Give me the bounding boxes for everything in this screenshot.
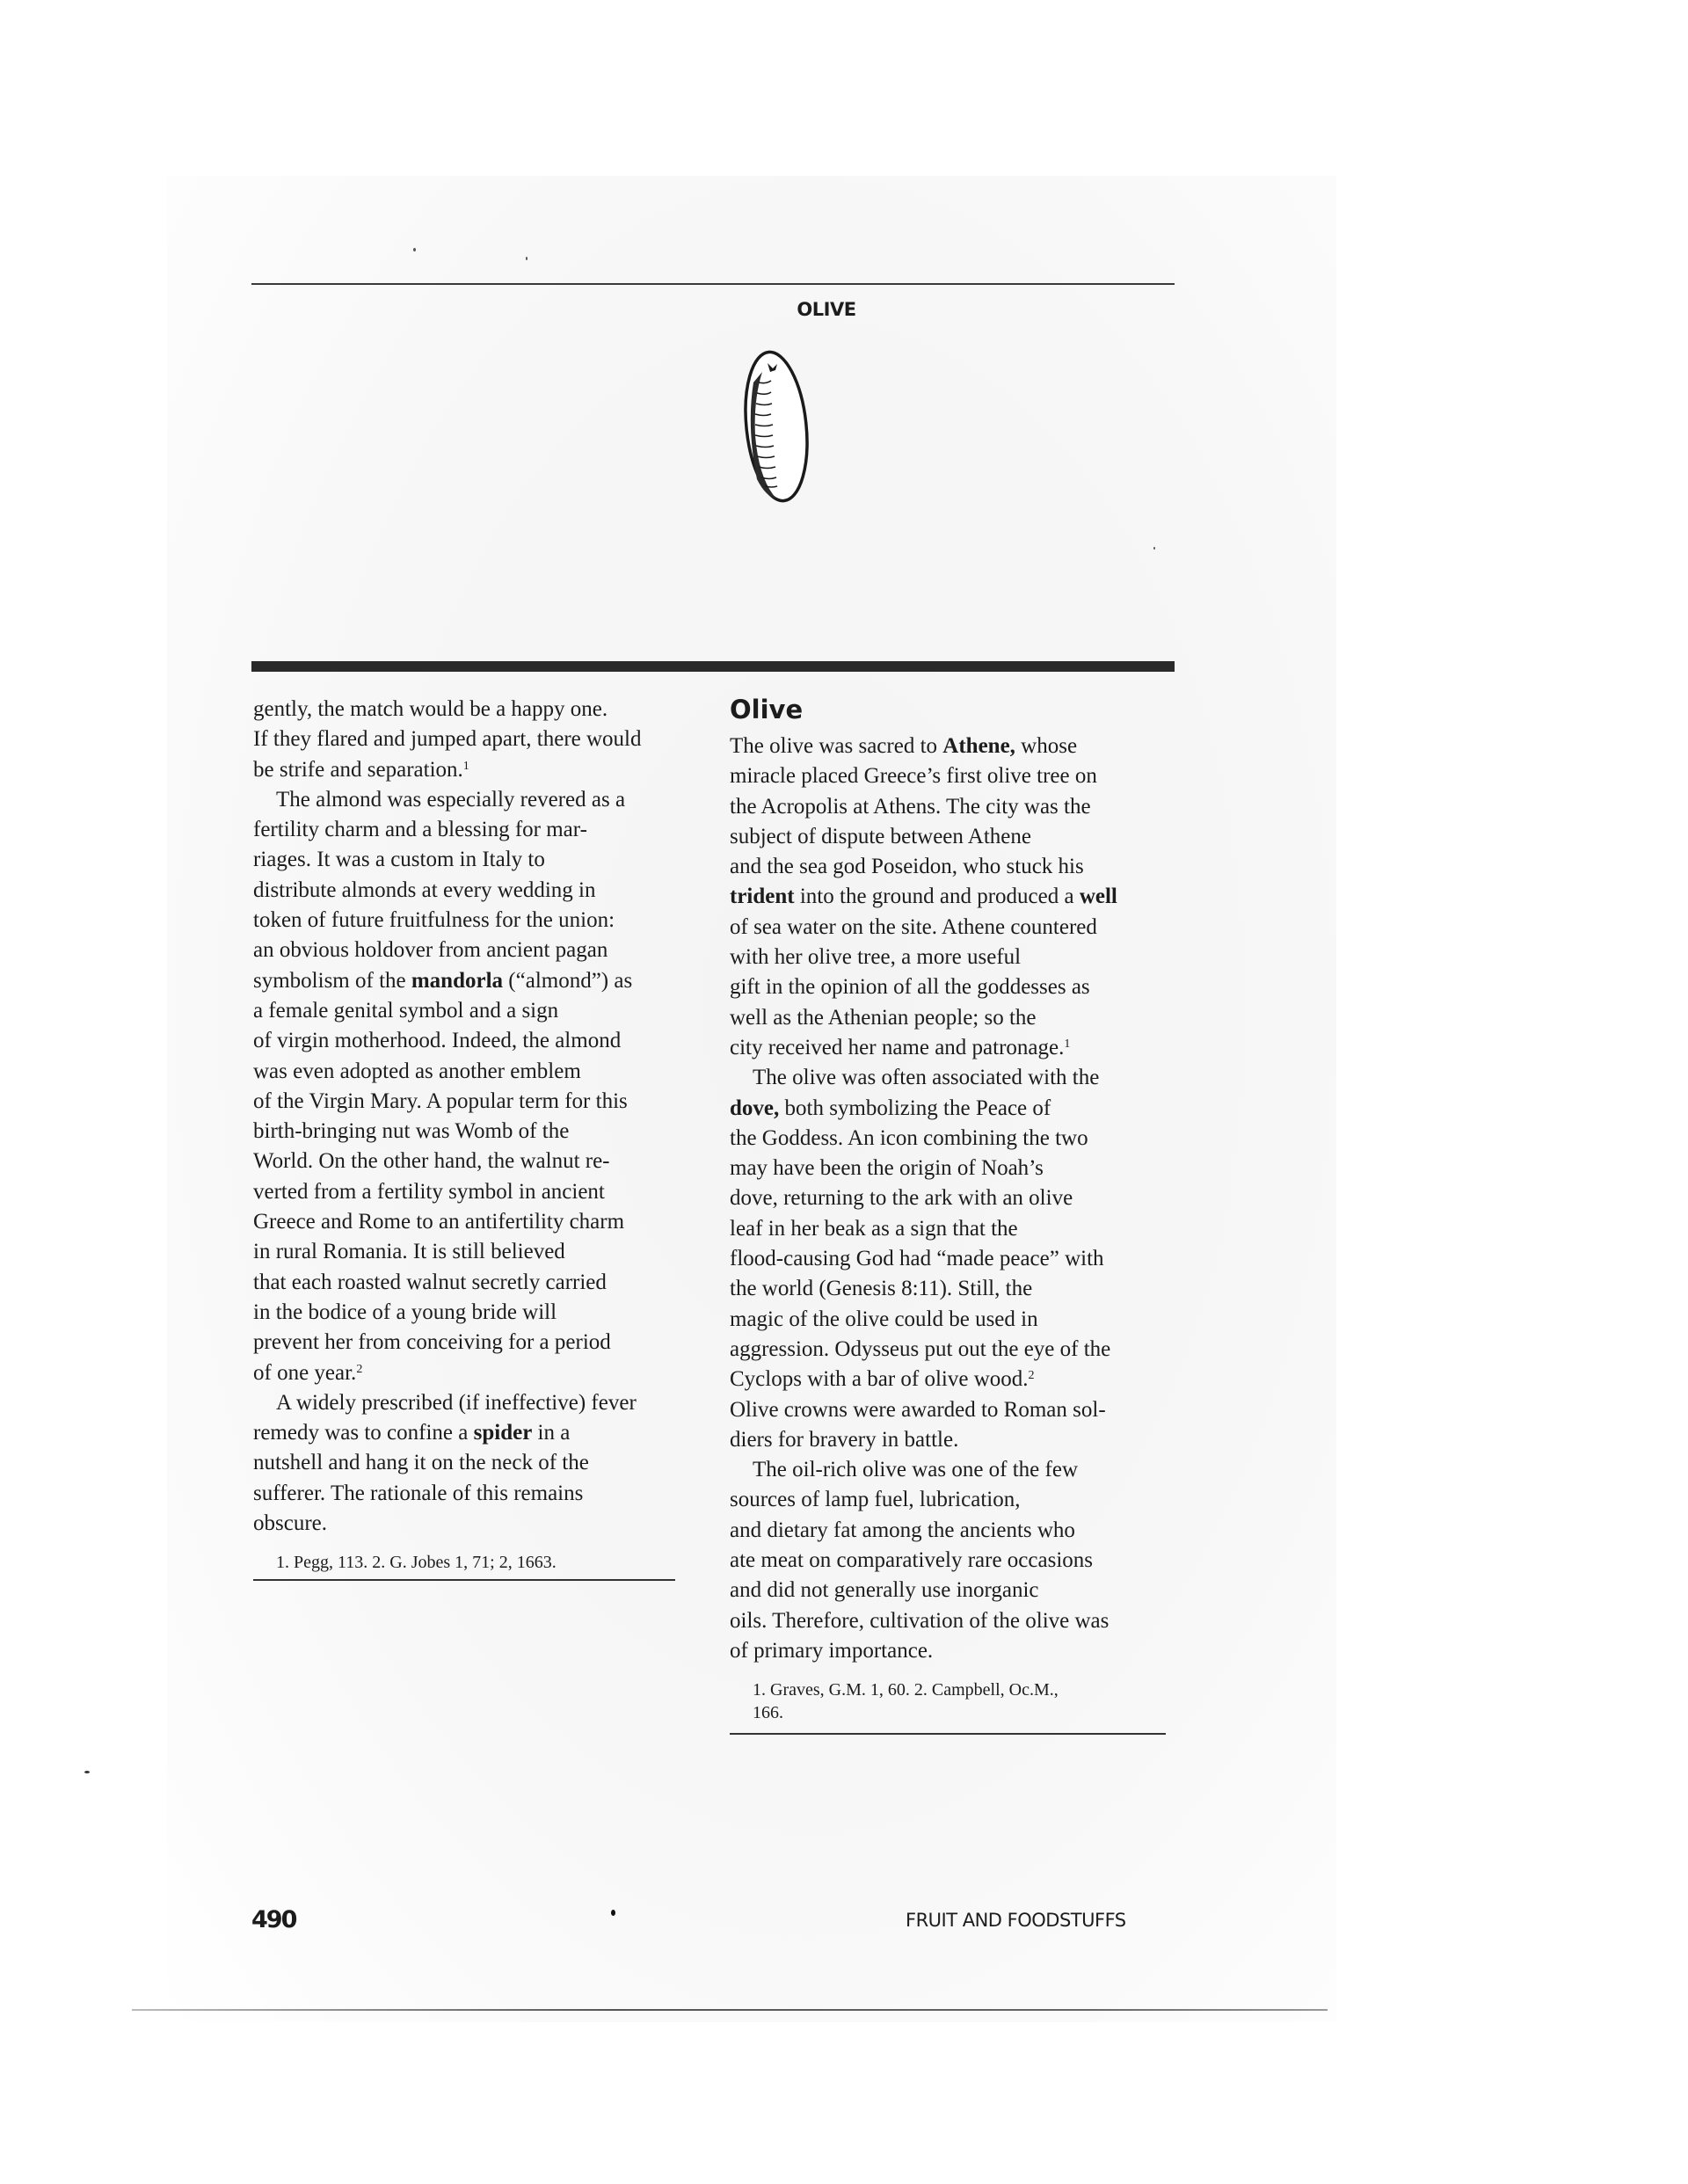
text-line: flood-causing God had “made peace” with <box>730 1244 1178 1274</box>
text-line: an obvious holdover from ancient pagan <box>253 935 710 965</box>
cross-reference: well <box>1080 885 1117 908</box>
text-line: aggression. Odysseus put out the eye of … <box>730 1335 1178 1365</box>
text-line: and dietary fat among the ancients who <box>730 1516 1178 1546</box>
text-line: birth-bringing nut was Womb of the <box>253 1117 710 1147</box>
text-line: of the Virgin Mary. A popular term for t… <box>253 1087 710 1117</box>
text-line: prevent her from conceiving for a period <box>253 1328 710 1358</box>
text-line: well as the Athenian people; so the <box>730 1003 1178 1033</box>
text-line: The oil-rich olive was one of the few <box>730 1455 1178 1485</box>
text-line: in rural Romania. It is still believed <box>253 1237 710 1267</box>
text-line: magic of the olive could be used in <box>730 1305 1178 1335</box>
text-line: The almond was especially revered as a <box>253 785 710 815</box>
text-line: Greece and Rome to an antifertility char… <box>253 1207 710 1237</box>
footnotes-rule <box>253 1579 675 1581</box>
footnotes: 1. Pegg, 113. 2. G. Jobes 1, 71; 2, 1663… <box>253 1551 710 1574</box>
text-line: diers for bravery in battle. <box>730 1425 1178 1455</box>
cross-reference: mandorla <box>411 969 503 993</box>
scan-speck <box>413 248 416 251</box>
text-line: World. On the other hand, the walnut re- <box>253 1147 710 1176</box>
text-line: sources of lamp fuel, lubrication, <box>730 1485 1178 1515</box>
footnote-ref: 2 <box>1029 1369 1035 1382</box>
scan-speck <box>1153 547 1155 550</box>
text-line: riages. It was a custom in Italy to <box>253 845 710 875</box>
text-line: city received her name and patronage.1 <box>730 1033 1178 1063</box>
footnotes: 1. Graves, G.M. 1, 60. 2. Campbell, Oc.M… <box>730 1678 1178 1724</box>
text-line: subject of dispute between Athene <box>730 822 1178 852</box>
text-line: symbolism of the mandorla (“almond”) as <box>253 966 710 996</box>
text-line: in the bodice of a young bride will <box>253 1298 710 1328</box>
text-line: be strife and separation.1 <box>253 755 710 785</box>
text-line: token of future fruitfulness for the uni… <box>253 906 710 935</box>
text-line: gently, the match would be a happy one. <box>253 695 710 724</box>
text-line: fertility charm and a blessing for mar- <box>253 815 710 845</box>
text-line: of primary importance. <box>730 1636 1178 1666</box>
text-line: remedy was to confine a spider in a <box>253 1418 710 1448</box>
left-column: gently, the match would be a happy one. … <box>253 695 710 1581</box>
text-line: nutshell and hang it on the neck of the <box>253 1448 710 1478</box>
text-line: with her olive tree, a more useful <box>730 943 1178 972</box>
scan-speck <box>611 1910 615 1916</box>
text-line: dove, returning to the ark with an olive <box>730 1183 1178 1213</box>
text-line: gift in the opinion of all the goddesses… <box>730 972 1178 1002</box>
cross-reference: dove, <box>730 1096 779 1120</box>
text-line: A widely prescribed (if ineffective) fev… <box>253 1388 710 1418</box>
scan-speck <box>526 257 527 260</box>
text-line: and the sea god Poseidon, who stuck his <box>730 852 1178 882</box>
text-line: of sea water on the site. Athene counter… <box>730 913 1178 943</box>
page-number: 490 <box>251 1906 295 1933</box>
text-line: and did not generally use inorganic <box>730 1576 1178 1605</box>
text-line: The olive was sacred to Athene, whose <box>730 732 1178 761</box>
cross-reference: spider <box>474 1421 533 1445</box>
text-line: ate meat on comparatively rare occasions <box>730 1546 1178 1576</box>
footnote-ref: 2 <box>356 1363 362 1376</box>
footnotes-rule <box>730 1733 1166 1735</box>
cross-reference: Athene, <box>942 734 1015 758</box>
text-line: If they flared and jumped apart, there w… <box>253 724 710 754</box>
footnote-ref: 1 <box>1064 1037 1070 1051</box>
text-line: miracle placed Greece’s first olive tree… <box>730 761 1178 791</box>
right-column: Olive The olive was sacred to Athene, wh… <box>730 695 1178 1735</box>
cross-reference: trident <box>730 885 795 908</box>
text-line: of one year.2 <box>253 1358 710 1388</box>
text-line: the world (Genesis 8:11). Still, the <box>730 1274 1178 1304</box>
text-line: Olive crowns were awarded to Roman sol- <box>730 1395 1178 1425</box>
text-line: sufferer. The rationale of this remains <box>253 1479 710 1509</box>
text-line: The olive was often associated with the <box>730 1063 1178 1093</box>
entry-heading: Olive <box>730 695 1178 724</box>
text-line: was even adopted as another emblem <box>253 1057 710 1087</box>
page-edge-rule <box>132 2009 1328 2011</box>
section-title: OLIVE <box>0 299 1653 320</box>
text-line: a female genital symbol and a sign <box>253 996 710 1026</box>
olive-illustration-icon <box>741 347 813 506</box>
entry-divider-rule <box>251 661 1175 672</box>
text-line: oils. Therefore, cultivation of the oliv… <box>730 1606 1178 1636</box>
header-rule <box>251 283 1175 285</box>
text-line: Cyclops with a bar of olive wood.2 <box>730 1365 1178 1394</box>
scan-speck <box>84 1771 90 1773</box>
text-line: leaf in her beak as a sign that the <box>730 1214 1178 1244</box>
text-line: the Goddess. An icon combining the two <box>730 1124 1178 1154</box>
running-footer: FRUIT AND FOODSTUFFS <box>906 1910 1126 1931</box>
text-line: obscure. <box>253 1509 710 1539</box>
text-line: of virgin motherhood. Indeed, the almond <box>253 1026 710 1056</box>
text-line: distribute almonds at every wedding in <box>253 876 710 906</box>
text-line: verted from a fertility symbol in ancien… <box>253 1177 710 1207</box>
text-line: may have been the origin of Noah’s <box>730 1154 1178 1183</box>
text-line: dove, both symbolizing the Peace of <box>730 1094 1178 1124</box>
text-line: that each roasted walnut secretly carrie… <box>253 1268 710 1298</box>
footnote-ref: 1 <box>463 760 469 773</box>
text-line: trident into the ground and produced a w… <box>730 882 1178 912</box>
text-line: the Acropolis at Athens. The city was th… <box>730 792 1178 822</box>
